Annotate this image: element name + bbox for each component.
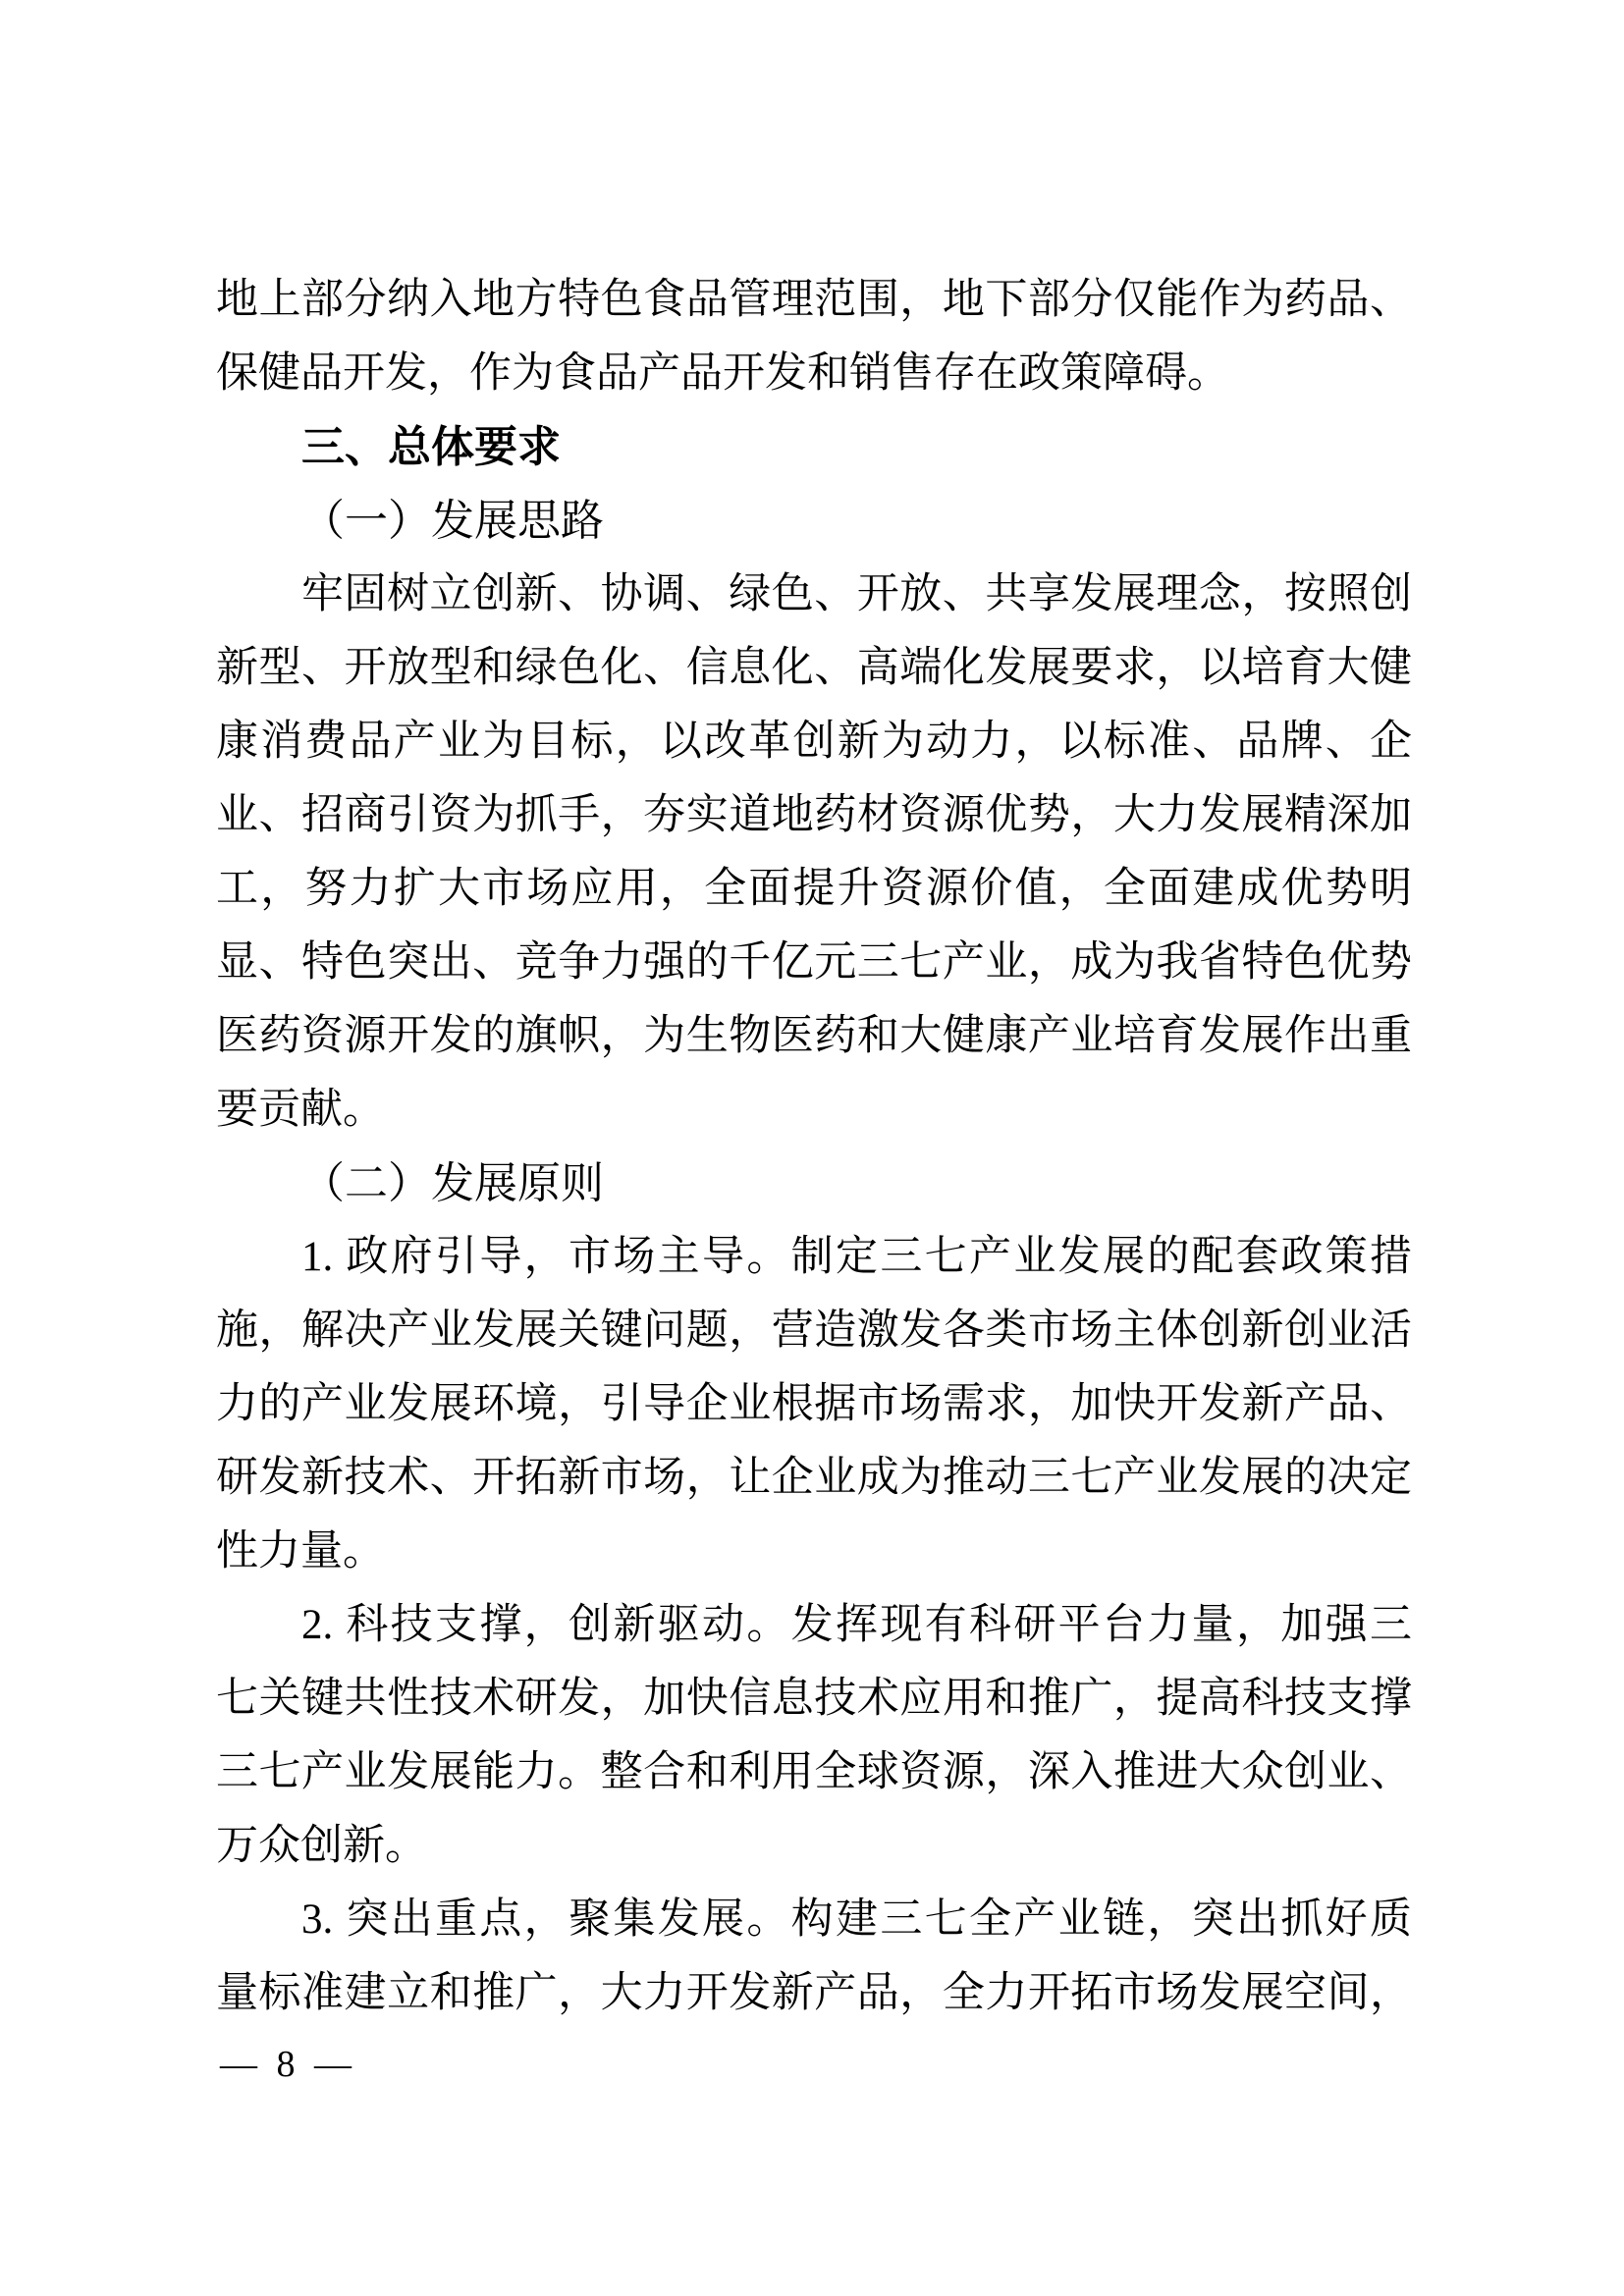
paragraph-line: 施，解决产业发展关键问题，营造激发各类市场主体创新创业活 [216, 1294, 1412, 1367]
paragraph-line: 业、招商引资为抓手，夯实道地药材资源优势，大力发展精深加 [216, 778, 1412, 852]
paragraph-line: 量标准建立和推广，大力开发新产品，全力开拓市场发展空间， [216, 1956, 1412, 2030]
paragraph-line: 3. 突出重点，聚集发展。构建三七全产业链，突出抓好质 [216, 1883, 1412, 1956]
paragraph-line: 新型、开放型和绿色化、信息化、高端化发展要求，以培育大健 [216, 631, 1412, 705]
paragraph-line: 三七产业发展能力。整合和利用全球资源，深入推进大众创业、 [216, 1735, 1412, 1809]
paragraph-line: 保健品开发，作为食品产品开发和销售存在政策障碍。 [216, 337, 1412, 410]
paragraph-line: 1. 政府引导，市场主导。制定三七产业发展的配套政策措 [216, 1220, 1412, 1294]
paragraph-line: 地上部分纳入地方特色食品管理范围，地下部分仅能作为药品、 [216, 263, 1412, 337]
paragraph-line: 康消费品产业为目标，以改革创新为动力，以标准、品牌、企 [216, 705, 1412, 778]
section-heading: 三、总体要求 [216, 410, 1412, 484]
paragraph-line: 研发新技术、开拓新市场，让企业成为推动三七产业发展的决定 [216, 1441, 1412, 1515]
document-page: 地上部分纳入地方特色食品管理范围，地下部分仅能作为药品、 保健品开发，作为食品产… [0, 0, 1624, 2296]
paragraph-line: 性力量。 [216, 1515, 1412, 1588]
paragraph-line: 医药资源开发的旗帜，为生物医药和大健康产业培育发展作出重 [216, 999, 1412, 1073]
document-body: 地上部分纳入地方特色食品管理范围，地下部分仅能作为药品、 保健品开发，作为食品产… [216, 263, 1412, 2030]
subsection-heading-1: （一）发展思路 [216, 484, 1412, 558]
paragraph-line: 七关键共性技术研发，加快信息技术应用和推广，提高科技支撑 [216, 1662, 1412, 1735]
paragraph-line: 2. 科技支撑，创新驱动。发挥现有科研平台力量，加强三 [216, 1588, 1412, 1662]
paragraph-line: 万众创新。 [216, 1809, 1412, 1883]
page-number: — 8 — [220, 2044, 356, 2085]
paragraph-line: 显、特色突出、竞争力强的千亿元三七产业，成为我省特色优势 [216, 926, 1412, 999]
page-footer: — 8 — [220, 2040, 356, 2089]
paragraph-line: 牢固树立创新、协调、绿色、开放、共享发展理念，按照创 [216, 558, 1412, 631]
paragraph-line: 力的产业发展环境，引导企业根据市场需求，加快开发新产品、 [216, 1367, 1412, 1441]
paragraph-line: 工，努力扩大市场应用，全面提升资源价值，全面建成优势明 [216, 852, 1412, 926]
subsection-heading-2: （二）发展原则 [216, 1147, 1412, 1220]
paragraph-line: 要贡献。 [216, 1073, 1412, 1147]
